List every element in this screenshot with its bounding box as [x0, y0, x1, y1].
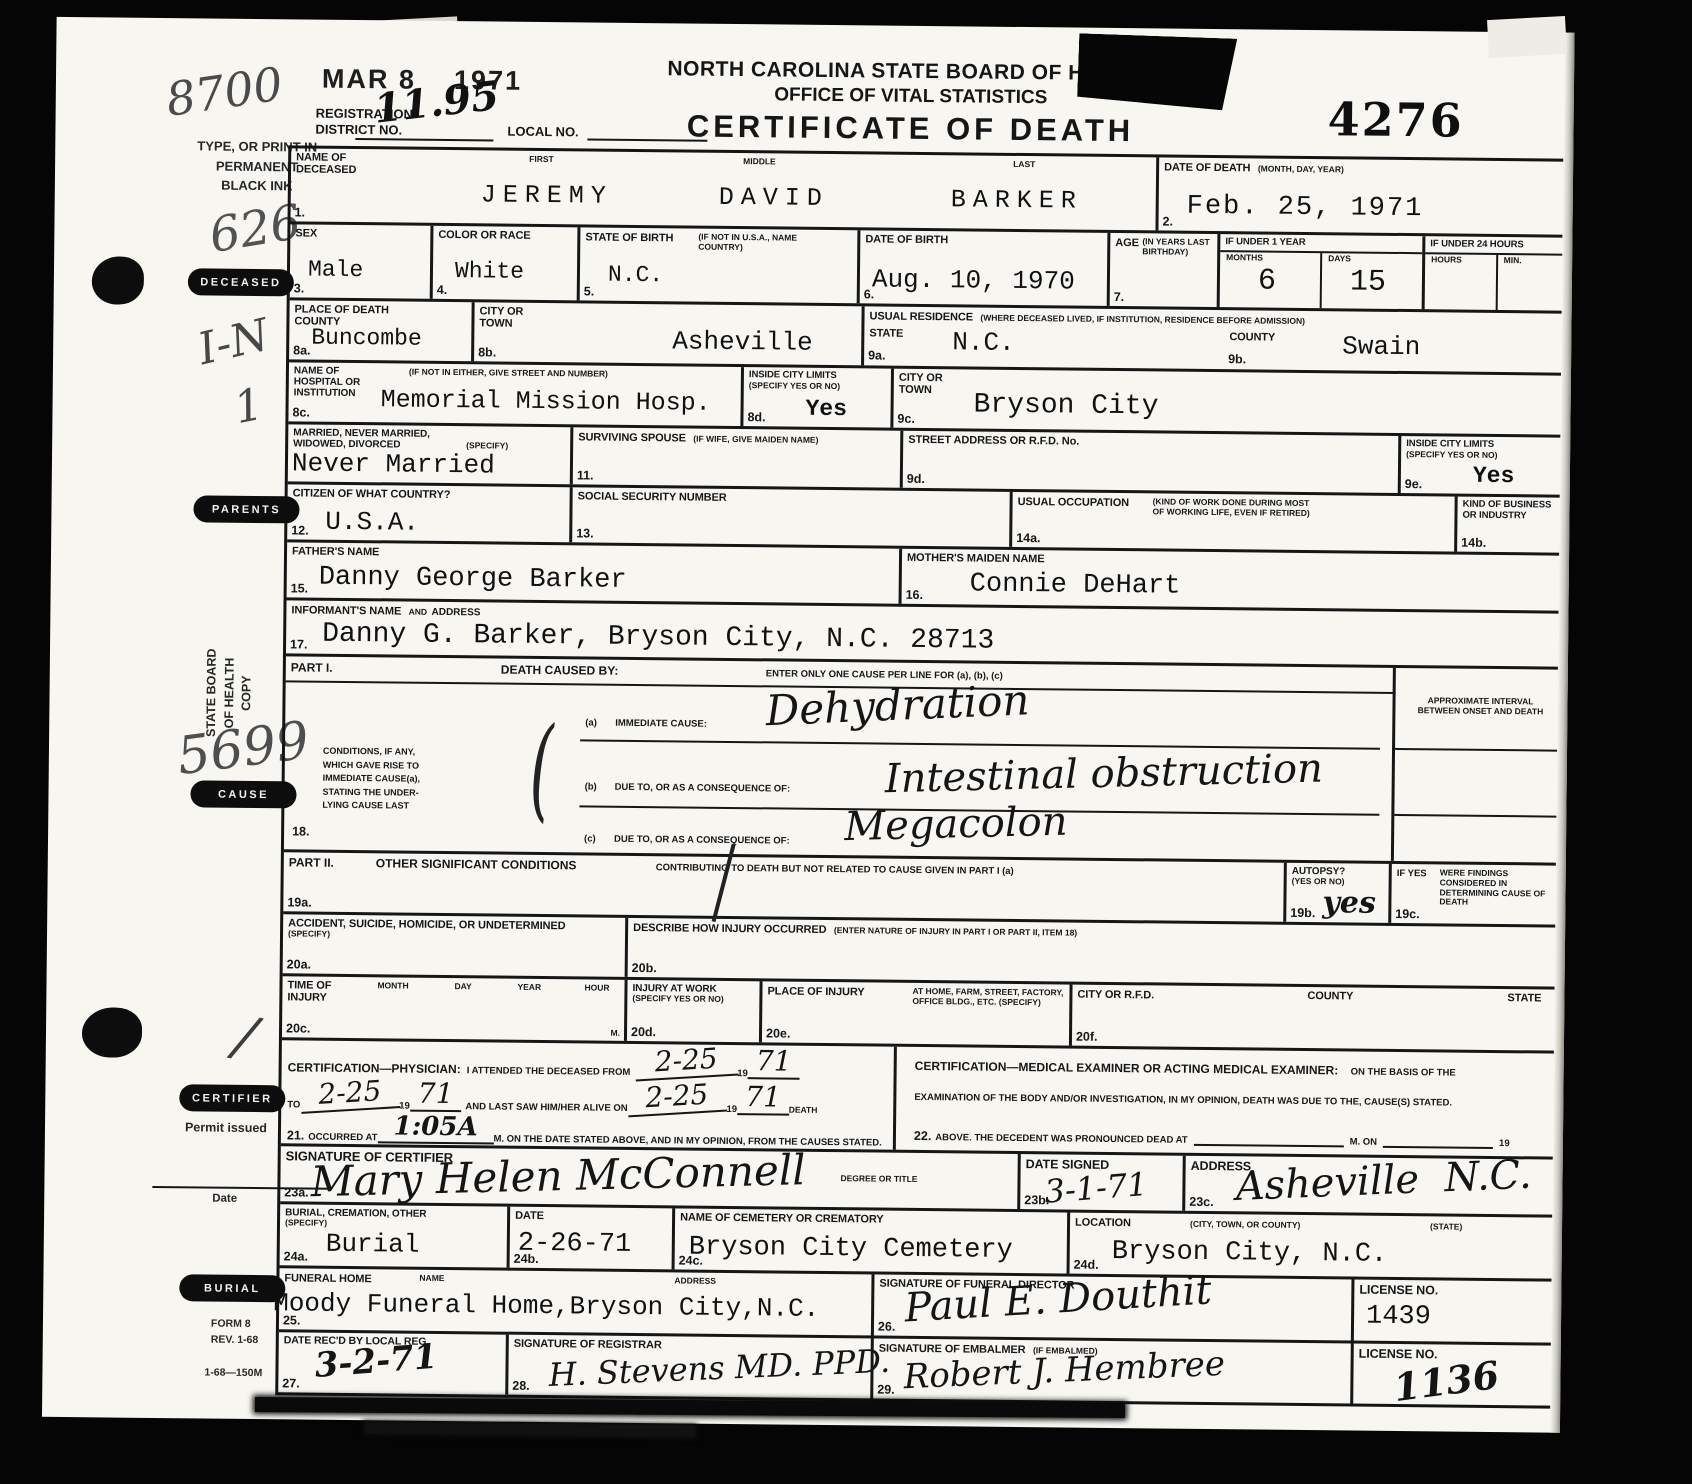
- part2-label: PART II.: [289, 855, 334, 869]
- physician-tail: M. ON THE DATE STATED ABOVE, AND IN MY O…: [493, 1134, 881, 1149]
- field-cemetery-location: LOCATION (CITY, TOWN, OR COUNTY) (STATE)…: [1070, 1213, 1559, 1279]
- field-inside-city-limits-death: INSIDE CITY LIMITS (SPECIFY YES OR NO) 8…: [743, 367, 894, 428]
- item-20a: 20a.: [287, 957, 311, 971]
- date-signed-value: 3-1-71: [1043, 1165, 1149, 1211]
- sex-value: Male: [308, 257, 363, 284]
- handwritten-8700: 8700: [163, 56, 287, 127]
- father-value: Danny George Barker: [319, 563, 627, 596]
- cemetery-label: NAME OF CEMETERY OR CREMATORY: [675, 1208, 1067, 1227]
- other-conditions-label: OTHER SIGNIFICANT CONDITIONS: [376, 856, 577, 872]
- item-17: 17.: [290, 637, 308, 651]
- field-place-of-injury: PLACE OF INJURY AT HOME, FARM, STREET, F…: [762, 981, 1073, 1045]
- field-state-of-birth: STATE OF BIRTH (IF NOT IN U.S.A., NAME C…: [580, 227, 861, 303]
- scanned-death-certificate: 8700 TYPE, OR PRINT IN PERMANENT BLACK I…: [0, 0, 1692, 1484]
- attended-to-year: 71: [410, 1077, 462, 1113]
- field-time-of-injury: TIME OF INJURY MONTH DAY YEAR HOUR 20c. …: [282, 976, 628, 1041]
- informant-label: INFORMANT'S NAME: [286, 601, 404, 618]
- immediate-cause-tag: (a): [585, 717, 597, 728]
- min-subcell: MIN.: [1497, 255, 1568, 311]
- tab-parents: PARENTS: [193, 495, 299, 523]
- field-marital-status: MARRIED, NEVER MARRIED, WIDOWED, DIVORCE…: [288, 424, 574, 484]
- date-received-value: 3-2-71: [313, 1337, 439, 1386]
- interval-rule-b: [1394, 814, 1562, 818]
- field-industry: KIND OF BUSINESS OR INDUSTRY 14b.: [1457, 497, 1566, 553]
- field-street-address: STREET ADDRESS OR R.F.D. No. 9d.: [903, 431, 1402, 493]
- attended-from-year: 71: [748, 1044, 800, 1080]
- icl-res-sub: (SPECIFY YES OR NO): [1401, 450, 1566, 461]
- certificate-form: NAME OF DECEASED FIRST MIDDLE LAST 1. JE…: [275, 145, 1572, 1408]
- item-20c: 20c.: [286, 1021, 310, 1035]
- death-word-label: DEATH: [789, 1106, 818, 1116]
- field-burial-date: DATE 24b. 2-26-71: [510, 1207, 676, 1270]
- field-injury-city: CITY OR R.F.D. COUNTY STATE 20f.: [1072, 985, 1561, 1051]
- conditions-brace: (: [529, 704, 554, 834]
- last-name-value: BARKER: [951, 185, 1083, 215]
- attended-label: I ATTENDED THE DECEASED FROM: [467, 1065, 631, 1078]
- handwritten-1: 1: [230, 379, 268, 435]
- autopsy-value: yes: [1322, 885, 1376, 921]
- hour-label: HOUR: [584, 983, 609, 993]
- year19-label: 19: [1499, 1138, 1510, 1149]
- field-funeral-home: FUNERAL HOME NAME ADDRESS 25. Moody Fune…: [279, 1268, 875, 1335]
- first-label: FIRST: [529, 154, 554, 164]
- sex-label: SEX: [290, 224, 430, 241]
- spouse-sub: (IF WIFE, GIVE MAIDEN NAME): [693, 434, 818, 445]
- place-of-injury-label: PLACE OF INJURY: [762, 982, 867, 998]
- part1-label: PART I.: [291, 660, 333, 674]
- item-19b: 19b.: [1290, 906, 1315, 920]
- middle-name-value: DAVID: [719, 183, 829, 213]
- field-other-significant-conditions: PART II. OTHER SIGNIFICANT CONDITIONS CO…: [283, 852, 1287, 921]
- item-21: 21.: [287, 1128, 305, 1142]
- describe-injury-sub: (ENTER NATURE OF INJURY IN PART I OR PAR…: [834, 925, 1077, 938]
- to-label: TO: [287, 1099, 300, 1110]
- form-number-label: FORM 8 REV. 1-68: [211, 1317, 259, 1349]
- race-value: White: [455, 258, 524, 285]
- field-director-license: LICENSE NO. 1439: [1354, 1280, 1558, 1343]
- occurred-at-label: OCCURRED AT: [308, 1132, 377, 1144]
- date-of-death-label: DATE OF DEATH: [1159, 158, 1253, 174]
- first-name-value: JEREMY: [481, 180, 613, 210]
- field-surviving-spouse: SURVIVING SPOUSE (IF WIFE, GIVE MAIDEN N…: [573, 427, 904, 487]
- residence-state-value: N.C.: [952, 327, 1015, 358]
- industry-label: KIND OF BUSINESS OR INDUSTRY: [1457, 497, 1565, 522]
- row-certification: CERTIFICATION—PHYSICIAN: I ATTENDED THE …: [281, 1040, 1560, 1159]
- item-24a: 24a.: [284, 1249, 308, 1263]
- residence-county-subcell: COUNTY 9b. Swain: [1224, 328, 1567, 372]
- tab-certifier: CERTIFIER: [179, 1084, 285, 1112]
- director-license-value: 1439: [1366, 1302, 1431, 1333]
- residence-county-value: Swain: [1342, 331, 1420, 362]
- tab-deceased: DECEASED: [188, 268, 294, 296]
- permit-issued-label: Permit issued: [185, 1120, 267, 1135]
- residence-state-label: STATE: [864, 324, 1224, 343]
- middle-label: MIDDLE: [743, 156, 776, 166]
- days-label: DAYS: [1322, 253, 1422, 265]
- item-14b: 14b.: [1461, 536, 1486, 550]
- certification-examiner-label: CERTIFICATION—MEDICAL EXAMINER OR ACTING…: [915, 1059, 1339, 1077]
- item-29: 29.: [877, 1383, 895, 1397]
- last-saw-date: 2-25: [627, 1077, 728, 1118]
- field-age: AGE (IN YEARS LAST BIRTHDAY) 7.: [1110, 233, 1221, 307]
- findings-sub: WERE FINDINGS CONSIDERED IN DETERMINING …: [1439, 868, 1561, 908]
- hole-punch: [82, 1007, 143, 1058]
- months-value: 6: [1258, 264, 1276, 298]
- field-usual-residence: USUAL RESIDENCE (WHERE DECEASED LIVED, I…: [864, 306, 1568, 372]
- other-conditions-sub: CONTRIBUTING TO DEATH BUT NOT RELATED TO…: [656, 862, 1014, 877]
- field-father-name: FATHER'S NAME 15. Danny George Barker: [287, 542, 903, 603]
- mother-value: Connie DeHart: [970, 569, 1181, 601]
- field-accident-suicide: ACCIDENT, SUICIDE, HOMICIDE, OR UNDETERM…: [283, 914, 629, 977]
- item-7: 7.: [1114, 290, 1125, 304]
- citizen-label: CITIZEN OF WHAT COUNTRY?: [288, 484, 570, 502]
- spouse-label: SURVIVING SPOUSE: [573, 428, 689, 445]
- registration-line: [355, 138, 493, 141]
- item-24d: 24d.: [1074, 1258, 1099, 1272]
- item-9b: 9b.: [1228, 352, 1246, 366]
- days-value: 15: [1350, 265, 1386, 299]
- funeral-name-label: NAME: [419, 1274, 444, 1284]
- item-23c: 23c.: [1189, 1195, 1213, 1209]
- item-27: 27.: [282, 1376, 300, 1390]
- item-8b: 8b.: [478, 345, 496, 359]
- hospital-sub: (IF NOT IN EITHER, GIVE STREET AND NUMBE…: [409, 368, 608, 380]
- death-caused-by-label: DEATH CAUSED BY:: [501, 663, 619, 678]
- location-sub: (CITY, TOWN, OR COUNTY): [1190, 1220, 1300, 1231]
- field-describe-injury: DESCRIBE HOW INJURY OCCURRED (ENTER NATU…: [628, 918, 1562, 987]
- field-date-of-birth: DATE OF BIRTH 6. Aug. 10, 1970: [860, 230, 1111, 306]
- occupation-sub: (KIND OF WORK DONE DURING MOST OF WORKIN…: [1152, 497, 1309, 518]
- item-9d: 9d.: [907, 472, 925, 486]
- blank-line: [1383, 1146, 1493, 1149]
- months-subcell: MONTHS 6: [1220, 252, 1323, 308]
- item-9a: 9a.: [868, 348, 886, 362]
- director-license-label: LICENSE NO.: [1354, 1280, 1557, 1299]
- item-20b: 20b.: [632, 961, 657, 975]
- field-certification-physician: CERTIFICATION—PHYSICIAN: I ATTENDED THE …: [281, 1040, 897, 1149]
- examination-label: EXAMINATION OF THE BODY AND/OR INVESTIGA…: [914, 1092, 1452, 1109]
- immediate-cause-value: Dehydration: [765, 675, 1031, 735]
- item-8c: 8c.: [292, 405, 310, 419]
- under-24-hours-label: IF UNDER 24 HOURS: [1425, 236, 1568, 255]
- field-autopsy: AUTOPSY? (YES OR NO) 19b. yes: [1286, 863, 1392, 923]
- tab-cause: CAUSE: [190, 780, 296, 808]
- field-certifier-address: ADDRESS 23c. Asheville N.C.: [1185, 1156, 1559, 1215]
- item-14a: 14a.: [1016, 531, 1040, 545]
- certificate-title: CERTIFICATE OF DEATH: [495, 106, 1325, 151]
- field-inside-city-limits-residence: INSIDE CITY LIMITS (SPECIFY YES OR NO) 9…: [1401, 436, 1567, 495]
- due-to-c-tag: (c): [584, 833, 596, 844]
- item-1: 1.: [295, 205, 306, 219]
- date-of-death-value: Feb. 25, 1971: [1187, 192, 1424, 224]
- scan-bottom-shadow: [365, 1422, 695, 1436]
- month-label: MONTH: [377, 981, 408, 991]
- row-vitals: SEX 3. Male COLOR OR RACE 4. White STATE…: [290, 224, 1569, 313]
- injury-state-label: STATE: [1502, 989, 1544, 1005]
- icl-res-value: Yes: [1473, 463, 1515, 489]
- due-to-b-label: DUE TO, OR AS A CONSEQUENCE OF:: [615, 782, 791, 795]
- field-citizen: CITIZEN OF WHAT COUNTRY? 12. U.S.A.: [287, 484, 573, 542]
- degree-or-title-label: DEGREE OR TITLE: [840, 1174, 917, 1185]
- item-18: 18.: [292, 824, 310, 838]
- item-22: 22.: [914, 1129, 932, 1143]
- handwritten-i-n: I-N: [193, 309, 274, 375]
- pre19-1: 19: [737, 1068, 748, 1079]
- residence-city-value: Bryson City: [973, 390, 1158, 423]
- field-residence-city: CITY OR TOWN 9c. Bryson City: [893, 369, 1567, 435]
- field-race: COLOR OR RACE 4. White: [433, 226, 581, 301]
- field-burial-type: BURIAL, CREMATION, OTHER (SPECIFY) 24a. …: [280, 1204, 511, 1267]
- cemetery-value: Bryson City Cemetery: [689, 1233, 1013, 1266]
- informant-value: Danny G. Barker, Bryson City, N.C. 28713: [322, 619, 994, 657]
- handwritten-stray-mark: /: [229, 1004, 262, 1072]
- item-19a: 19a.: [287, 895, 311, 909]
- field-hospital: NAME OF HOSPITAL OR INSTITUTION (IF NOT …: [288, 362, 744, 426]
- scan-corner-fragment: [1487, 16, 1567, 58]
- certificate-number-stamp: 4276: [1327, 92, 1464, 147]
- marital-value: Never Married: [292, 448, 495, 480]
- usual-residence-label: USUAL RESIDENCE: [864, 307, 976, 323]
- due-to-b-tag: (b): [585, 781, 597, 792]
- field-if-under-24-hours: IF UNDER 24 HOURS HOURS MIN.: [1425, 236, 1569, 310]
- days-subcell: DAYS 15: [1322, 253, 1423, 309]
- pronounced-label: ABOVE. THE DECEDENT WAS PRONOUNCED DEAD …: [935, 1132, 1187, 1146]
- item-12: 12.: [291, 523, 309, 537]
- field-date-received: DATE REC'D BY LOCAL REG. 27. 3-2-71: [278, 1332, 509, 1394]
- due-to-c-label: DUE TO, OR AS A CONSEQUENCE OF:: [614, 834, 790, 847]
- attended-to-date: 2-25: [299, 1073, 400, 1114]
- informant-and: AND: [409, 607, 428, 617]
- field-sex: SEX 3. Male: [290, 224, 434, 298]
- item-11: 11.: [577, 468, 594, 482]
- field-injury-at-work: INJURY AT WORK (SPECIFY YES OR NO) 20d.: [627, 980, 763, 1042]
- burial-date-value: 2-26-71: [518, 1229, 632, 1260]
- day-label: DAY: [454, 982, 471, 992]
- location-label: LOCATION: [1070, 1214, 1134, 1230]
- date-of-birth-label: DATE OF BIRTH: [860, 230, 1107, 248]
- m-label: M.: [611, 1029, 621, 1039]
- blank-line: [1194, 1144, 1344, 1148]
- certificate-page: 8700 TYPE, OR PRINT IN PERMANENT BLACK I…: [42, 17, 1575, 1433]
- field-death-county: PLACE OF DEATH COUNTY 8a. Buncombe: [289, 300, 475, 361]
- pre19-3: 19: [726, 1104, 737, 1115]
- item-3: 3.: [294, 281, 305, 295]
- ssn-label: SOCIAL SECURITY NUMBER: [573, 487, 1010, 507]
- field-death-city: CITY OR TOWN 8b. Asheville: [474, 302, 865, 365]
- item-19c: 19c.: [1395, 907, 1419, 921]
- field-date-of-death: DATE OF DEATH (MONTH, DAY, YEAR) 2. Feb.…: [1158, 157, 1569, 234]
- state-of-birth-sub: (IF NOT IN U.S.A., NAME COUNTRY): [698, 233, 797, 254]
- tab-burial: BURIAL: [179, 1274, 285, 1302]
- death-time-value: 1:05A: [377, 1111, 493, 1144]
- field-registrar-signature: SIGNATURE OF REGISTRAR 28. H. Stevens MD…: [508, 1335, 874, 1399]
- item-2: 2.: [1162, 214, 1173, 228]
- field-certifier-signature: SIGNATURE OF CERTIFIER 23a. Mary Helen M…: [280, 1146, 1021, 1209]
- residence-state-subcell: STATE 9a. N.C.: [864, 324, 1224, 368]
- field-embalmer-signature: SIGNATURE OF EMBALMER (IF EMBALMED) 29. …: [873, 1339, 1354, 1404]
- hospital-label: NAME OF HOSPITAL OR INSTITUTION: [289, 362, 364, 399]
- item-20e: 20e.: [766, 1026, 790, 1040]
- field-if-under-1-year: IF UNDER 1 YEAR MONTHS 6 DAYS 15: [1220, 234, 1426, 309]
- age-label: AGE: [1110, 234, 1142, 250]
- last-label: LAST: [1013, 159, 1035, 169]
- field-certification-examiner: CERTIFICATION—MEDICAL EXAMINER OR ACTING…: [896, 1047, 1560, 1157]
- field-approximate-interval: APPROXIMATE INTERVAL BETWEEN ONSET AND D…: [1394, 668, 1564, 863]
- due-to-c-value: Megacolon: [844, 799, 1068, 850]
- row-registrar: DATE REC'D BY LOCAL REG. 27. 3-2-71 SIGN…: [278, 1332, 1557, 1405]
- basis-label: ON THE BASIS OF THE: [1351, 1066, 1456, 1078]
- item-4: 4.: [437, 283, 448, 297]
- item-16: 16.: [906, 588, 924, 602]
- min-label: MIN.: [1498, 255, 1569, 267]
- death-county-value: Buncombe: [311, 325, 422, 352]
- funeral-home-label: FUNERAL HOME: [279, 1269, 374, 1285]
- item-8d: 8d.: [747, 410, 765, 424]
- if-yes-label: IF YES: [1397, 868, 1427, 879]
- item-23a: 23a.: [284, 1185, 308, 1199]
- describe-injury-label: DESCRIBE HOW INJURY OCCURRED: [628, 919, 830, 936]
- m-on-label: M. ON: [1350, 1136, 1378, 1147]
- pre19-2: 19: [399, 1101, 410, 1112]
- death-city-value: Asheville: [672, 326, 813, 357]
- funeral-address-label: ADDRESS: [674, 1276, 716, 1286]
- date-of-birth-value: Aug. 10, 1970: [872, 264, 1075, 296]
- field-embalmer-license: LICENSE NO. 1136: [1353, 1344, 1557, 1406]
- item-26: 26.: [878, 1320, 896, 1334]
- item-15: 15.: [291, 581, 309, 595]
- occupation-label: USUAL OCCUPATION: [1013, 493, 1133, 510]
- funeral-home-value: Moody Funeral Home,Bryson City,N.C.: [273, 1288, 819, 1324]
- field-name-of-deceased: NAME OF DECEASED FIRST MIDDLE LAST 1. JE…: [291, 148, 1160, 230]
- informant-address-label: ADDRESS: [431, 607, 480, 619]
- immediate-cause-label: IMMEDIATE CAUSE:: [615, 718, 707, 730]
- usual-residence-sub: (WHERE DECEASED LIVED, IF INSTITUTION, R…: [980, 313, 1305, 326]
- conditions-label: CONDITIONS, IF ANY, WHICH GAVE RISE TO I…: [322, 745, 420, 814]
- location-value: Bryson City, N.C.: [1112, 1237, 1388, 1270]
- state-of-birth-label: STATE OF BIRTH: [580, 228, 676, 244]
- item-9e: 9e.: [1405, 477, 1423, 491]
- field-cemetery-name: NAME OF CEMETERY OR CREMATORY 24c. Bryso…: [675, 1208, 1071, 1273]
- injury-county-label: COUNTY: [1302, 987, 1356, 1003]
- marital-label: MARRIED, NEVER MARRIED, WIDOWED, DIVORCE…: [288, 424, 433, 451]
- approximate-interval-label: APPROXIMATE INTERVAL BETWEEN ONSET AND D…: [1395, 668, 1563, 717]
- injury-city-label: CITY OR R.F.D.: [1072, 986, 1157, 1002]
- injury-at-work-sub: (SPECIFY YES OR NO): [627, 994, 759, 1005]
- time-of-injury-label: TIME OF INJURY: [282, 976, 334, 1004]
- item-20d: 20d.: [631, 1025, 656, 1039]
- print-run-label: 1-68—150M: [204, 1367, 262, 1380]
- age-sub: (IN YEARS LAST BIRTHDAY): [1142, 237, 1210, 257]
- months-label: MONTHS: [1220, 252, 1320, 264]
- row-part1: PART I. DEATH CAUSED BY: ENTER ONLY ONE …: [284, 656, 1564, 865]
- item-20f: 20f.: [1076, 1030, 1098, 1044]
- race-label: COLOR OR RACE: [433, 226, 577, 243]
- item-5: 5.: [584, 284, 595, 298]
- location-sub2: (STATE): [1430, 1222, 1462, 1232]
- item-28: 28.: [512, 1379, 530, 1393]
- year-label: YEAR: [517, 983, 541, 993]
- attended-from-date: 2-25: [634, 1041, 739, 1082]
- date-of-death-sub: (MONTH, DAY, YEAR): [1258, 163, 1344, 174]
- place-of-injury-sub: AT HOME, FARM, STREET, FACTORY, OFFICE B…: [912, 987, 1063, 1008]
- hole-punch: [92, 256, 144, 305]
- hours-subcell: HOURS: [1425, 254, 1498, 310]
- hours-label: HOURS: [1425, 254, 1496, 266]
- field-mother-name: MOTHER'S MAIDEN NAME 16. Connie DeHart: [902, 549, 1566, 611]
- due-to-b-value: Intestinal obstruction: [884, 746, 1323, 803]
- under-1-year-label: IF UNDER 1 YEAR: [1220, 234, 1422, 254]
- last-saw-year: 71: [737, 1080, 789, 1116]
- field-funeral-director-signature: SIGNATURE OF FUNERAL DIRECTOR 26. Paul E…: [874, 1275, 1355, 1341]
- state-of-birth-value: N.C.: [608, 262, 663, 289]
- burial-date-label: DATE: [510, 1207, 672, 1224]
- item-9c: 9c.: [897, 412, 915, 426]
- row-name: NAME OF DECEASED FIRST MIDDLE LAST 1. JE…: [290, 148, 1569, 237]
- field-date-signed: DATE SIGNED 23b. 3-1-71: [1020, 1154, 1186, 1211]
- citizen-value: U.S.A.: [325, 507, 419, 538]
- field-occupation: USUAL OCCUPATION (KIND OF WORK DONE DURI…: [1012, 492, 1458, 552]
- interval-rule-a: [1395, 748, 1563, 752]
- item-8a: 8a.: [293, 343, 311, 357]
- burial-type-value: Burial: [326, 1229, 420, 1260]
- field-ssn: SOCIAL SECURITY NUMBER 13.: [572, 487, 1013, 547]
- field-cause-of-death: PART I. DEATH CAUSED BY: ENTER ONLY ONE …: [284, 656, 1396, 861]
- margin-date-label: Date: [212, 1193, 237, 1205]
- item-13: 13.: [576, 526, 594, 540]
- field-findings-considered: IF YES WERE FINDINGS CONSIDERED IN DETER…: [1391, 864, 1562, 925]
- icl-death-value: Yes: [805, 396, 847, 422]
- icl-death-sub: (SPECIFY YES OR NO): [744, 381, 891, 392]
- hospital-value: Memorial Mission Hosp.: [380, 385, 710, 417]
